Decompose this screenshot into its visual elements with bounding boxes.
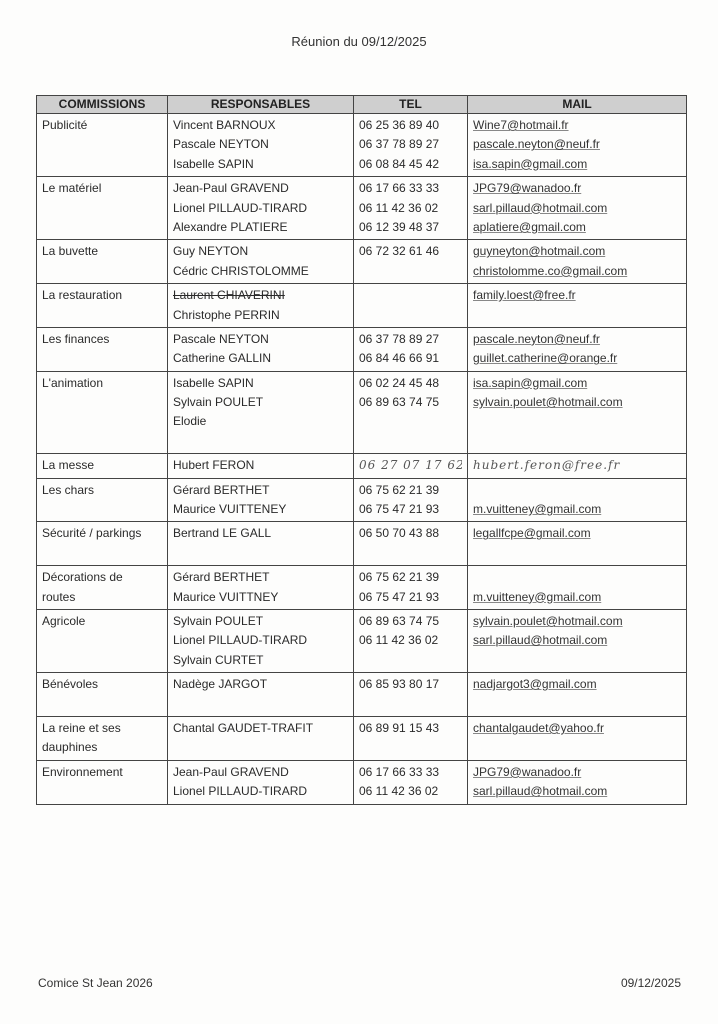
responsable-name: Maurice VUITTENEY bbox=[173, 500, 348, 519]
table-row: Les charsGérard BERTHETMaurice VUITTENEY… bbox=[37, 478, 687, 522]
tel-cell: 06 89 63 74 7506 11 42 36 02 bbox=[354, 609, 468, 672]
column-header-commissions: COMMISSIONS bbox=[37, 96, 168, 114]
commission-cell: Sécurité / parkings bbox=[37, 522, 168, 566]
responsable-name: Christophe PERRIN bbox=[173, 306, 348, 325]
mail-cell: chantalgaudet@yahoo.fr bbox=[468, 716, 687, 760]
commission-name: Les finances bbox=[42, 330, 162, 349]
email-link[interactable]: sarl.pillaud@hotmail.com bbox=[473, 199, 681, 218]
tel-cell: 06 17 66 33 3306 11 42 36 02 bbox=[354, 760, 468, 804]
responsable-name: Bertrand LE GALL bbox=[173, 524, 348, 543]
phone-number: 06 75 47 21 93 bbox=[359, 500, 462, 519]
email-link[interactable]: pascale.neyton@neuf.fr bbox=[473, 135, 681, 154]
phone-number: 06 72 32 61 46 bbox=[359, 242, 462, 261]
phone-number: 06 08 84 45 42 bbox=[359, 155, 462, 174]
phone-number: 06 25 36 89 40 bbox=[359, 116, 462, 135]
responsable-name: Jean-Paul GRAVEND bbox=[173, 763, 348, 782]
mail-cell: guyneyton@hotmail.comchristolomme.co@gma… bbox=[468, 240, 687, 284]
footer-event-name: Comice St Jean 2026 bbox=[38, 976, 153, 990]
commission-name: routes bbox=[42, 588, 162, 607]
table-row: BénévolesNadège JARGOT06 85 93 80 17nadj… bbox=[37, 673, 687, 717]
empty-line bbox=[42, 412, 162, 431]
email-link bbox=[473, 306, 681, 325]
empty-line bbox=[42, 262, 162, 281]
responsables-cell: Sylvain POULETLionel PILLAUD-TIRARDSylva… bbox=[168, 609, 354, 672]
table-row: PublicitéVincent BARNOUXPascale NEYTONIs… bbox=[37, 114, 687, 177]
mail-cell: family.loest@free.fr bbox=[468, 284, 687, 328]
responsables-cell: Jean-Paul GRAVENDLionel PILLAUD-TIRARD bbox=[168, 760, 354, 804]
empty-line bbox=[42, 500, 162, 519]
empty-line bbox=[473, 432, 681, 451]
table-row: Sécurité / parkingsBertrand LE GALL06 50… bbox=[37, 522, 687, 566]
table-row: Les financesPascale NEYTONCatherine GALL… bbox=[37, 327, 687, 371]
mail-cell: pascale.neyton@neuf.frguillet.catherine@… bbox=[468, 327, 687, 371]
column-header-responsables: RESPONSABLES bbox=[168, 96, 354, 114]
tel-cell: 06 85 93 80 17 bbox=[354, 673, 468, 717]
responsable-name: Gérard BERTHET bbox=[173, 568, 348, 587]
commissions-table: COMMISSIONS RESPONSABLES TEL MAIL Public… bbox=[36, 95, 687, 805]
empty-line bbox=[42, 306, 162, 325]
phone-number bbox=[359, 412, 462, 431]
phone-number: 06 75 62 21 39 bbox=[359, 568, 462, 587]
email-link[interactable]: isa.sapin@gmail.com bbox=[473, 155, 681, 174]
table-row: La reine et sesdauphinesChantal GAUDET-T… bbox=[37, 716, 687, 760]
email-link[interactable]: Wine7@hotmail.fr bbox=[473, 116, 681, 135]
responsables-cell: Gérard BERTHETMaurice VUITTENEY bbox=[168, 478, 354, 522]
commission-cell: L'animation bbox=[37, 371, 168, 454]
commission-name: Le matériel bbox=[42, 179, 162, 198]
phone-number: 06 75 47 21 93 bbox=[359, 588, 462, 607]
responsable-name: Nadège JARGOT bbox=[173, 675, 348, 694]
responsable-name: Elodie bbox=[173, 412, 348, 431]
responsables-cell: Pascale NEYTONCatherine GALLIN bbox=[168, 327, 354, 371]
mail-cell: Wine7@hotmail.frpascale.neyton@neuf.fris… bbox=[468, 114, 687, 177]
commission-name: La reine et ses bbox=[42, 719, 162, 738]
responsable-name: Sylvain CURTET bbox=[173, 651, 348, 670]
mail-cell: legallfcpe@gmail.com bbox=[468, 522, 687, 566]
email-link[interactable]: sarl.pillaud@hotmail.com bbox=[473, 782, 681, 801]
email-link[interactable]: sylvain.poulet@hotmail.com bbox=[473, 393, 681, 412]
responsable-name: Cédric CHRISTOLOMME bbox=[173, 262, 348, 281]
commission-name: Bénévoles bbox=[42, 675, 162, 694]
tel-cell: 06 72 32 61 46 bbox=[354, 240, 468, 284]
empty-line bbox=[42, 393, 162, 412]
empty-line bbox=[42, 349, 162, 368]
empty-line bbox=[173, 695, 348, 714]
commission-cell: La buvette bbox=[37, 240, 168, 284]
column-header-mail: MAIL bbox=[468, 96, 687, 114]
responsables-cell: Gérard BERTHETMaurice VUITTNEY bbox=[168, 566, 354, 610]
empty-line bbox=[473, 544, 681, 563]
phone-number: 06 11 42 36 02 bbox=[359, 782, 462, 801]
tel-cell: 06 75 62 21 3906 75 47 21 93 bbox=[354, 478, 468, 522]
empty-line bbox=[42, 544, 162, 563]
empty-line bbox=[173, 544, 348, 563]
email-link bbox=[473, 412, 681, 431]
responsable-name: Pascale NEYTON bbox=[173, 330, 348, 349]
responsables-cell: Guy NEYTONCédric CHRISTOLOMME bbox=[168, 240, 354, 284]
responsable-name: Gérard BERTHET bbox=[173, 481, 348, 500]
responsable-name: Jean-Paul GRAVEND bbox=[173, 179, 348, 198]
commission-cell: Bénévoles bbox=[37, 673, 168, 717]
mail-cell: sylvain.poulet@hotmail.comsarl.pillaud@h… bbox=[468, 609, 687, 672]
empty-line bbox=[42, 782, 162, 801]
responsable-name: Guy NEYTON bbox=[173, 242, 348, 261]
empty-line bbox=[42, 218, 162, 237]
mail-cell: JPG79@wanadoo.frsarl.pillaud@hotmail.com bbox=[468, 760, 687, 804]
email-link[interactable]: JPG79@wanadoo.fr bbox=[473, 763, 681, 782]
commission-name: Publicité bbox=[42, 116, 162, 135]
commission-name: Environnement bbox=[42, 763, 162, 782]
email-link[interactable]: nadjargot3@gmail.com bbox=[473, 675, 681, 694]
phone-number: 06 89 91 15 43 bbox=[359, 719, 462, 738]
phone-number: 06 02 24 45 48 bbox=[359, 374, 462, 393]
commission-name: Sécurité / parkings bbox=[42, 524, 162, 543]
phone-number: 06 37 78 89 27 bbox=[359, 135, 462, 154]
phone-number: 06 89 63 74 75 bbox=[359, 393, 462, 412]
commission-cell: La reine et sesdauphines bbox=[37, 716, 168, 760]
phone-number bbox=[359, 306, 462, 325]
email-link[interactable]: m.vuitteney@gmail.com bbox=[473, 500, 681, 519]
responsable-name: Sylvain POULET bbox=[173, 612, 348, 631]
mail-cell: JPG79@wanadoo.frsarl.pillaud@hotmail.com… bbox=[468, 177, 687, 240]
tel-cell: 06 37 78 89 2706 84 46 66 91 bbox=[354, 327, 468, 371]
phone-number: 06 27 07 17 62 bbox=[359, 456, 462, 475]
table-row: La restaurationLaurent CHIAVERINIChristo… bbox=[37, 284, 687, 328]
responsable-name: Isabelle SAPIN bbox=[173, 155, 348, 174]
tel-cell bbox=[354, 284, 468, 328]
table-row: AgricoleSylvain POULETLionel PILLAUD-TIR… bbox=[37, 609, 687, 672]
responsable-name: Catherine GALLIN bbox=[173, 349, 348, 368]
responsables-cell: Vincent BARNOUXPascale NEYTONIsabelle SA… bbox=[168, 114, 354, 177]
empty-line bbox=[173, 432, 348, 451]
tel-cell: 06 50 70 43 88 bbox=[354, 522, 468, 566]
empty-line bbox=[359, 738, 462, 757]
phone-number: 06 17 66 33 33 bbox=[359, 763, 462, 782]
email-link[interactable]: family.loest@free.fr bbox=[473, 286, 681, 305]
phone-number: 06 17 66 33 33 bbox=[359, 179, 462, 198]
phone-number: 06 11 42 36 02 bbox=[359, 199, 462, 218]
table-row: L'animationIsabelle SAPINSylvain POULETE… bbox=[37, 371, 687, 454]
mail-cell: m.vuitteney@gmail.com bbox=[468, 566, 687, 610]
responsable-name: Hubert FERON bbox=[173, 456, 348, 475]
commission-name: La messe bbox=[42, 456, 162, 475]
email-link[interactable]: guyneyton@hotmail.com bbox=[473, 242, 681, 261]
mail-cell: hubert.feron@free.fr bbox=[468, 454, 687, 478]
empty-line bbox=[42, 695, 162, 714]
email-link[interactable]: pascale.neyton@neuf.fr bbox=[473, 330, 681, 349]
responsable-name: Laurent CHIAVERINI bbox=[173, 286, 348, 305]
empty-line bbox=[359, 695, 462, 714]
phone-number: 06 89 63 74 75 bbox=[359, 612, 462, 631]
commission-cell: La restauration bbox=[37, 284, 168, 328]
commission-name: Décorations de bbox=[42, 568, 162, 587]
empty-line bbox=[42, 631, 162, 650]
mail-cell: isa.sapin@gmail.comsylvain.poulet@hotmai… bbox=[468, 371, 687, 454]
commission-name: Agricole bbox=[42, 612, 162, 631]
mail-cell: nadjargot3@gmail.com bbox=[468, 673, 687, 717]
responsables-cell: Laurent CHIAVERINIChristophe PERRIN bbox=[168, 284, 354, 328]
responsable-name: Chantal GAUDET-TRAFIT bbox=[173, 719, 348, 738]
commission-cell: La messe bbox=[37, 454, 168, 478]
mail-cell: m.vuitteney@gmail.com bbox=[468, 478, 687, 522]
email-link[interactable]: christolomme.co@gmail.com bbox=[473, 262, 681, 281]
responsables-cell: Hubert FERON bbox=[168, 454, 354, 478]
phone-number: 06 85 93 80 17 bbox=[359, 675, 462, 694]
email-link bbox=[473, 568, 681, 587]
tel-cell: 06 89 91 15 43 bbox=[354, 716, 468, 760]
responsable-name: Vincent BARNOUX bbox=[173, 116, 348, 135]
responsable-name: Sylvain POULET bbox=[173, 393, 348, 412]
empty-line bbox=[173, 738, 348, 757]
tel-cell: 06 02 24 45 4806 89 63 74 75 bbox=[354, 371, 468, 454]
footer-date: 09/12/2025 bbox=[621, 976, 681, 990]
column-header-tel: TEL bbox=[354, 96, 468, 114]
email-link[interactable]: aplatiere@gmail.com bbox=[473, 218, 681, 237]
tel-cell: 06 17 66 33 3306 11 42 36 0206 12 39 48 … bbox=[354, 177, 468, 240]
email-link[interactable]: sarl.pillaud@hotmail.com bbox=[473, 631, 681, 650]
table-row: La messeHubert FERON06 27 07 17 62hubert… bbox=[37, 454, 687, 478]
email-link[interactable]: chantalgaudet@yahoo.fr bbox=[473, 719, 681, 738]
tel-cell: 06 75 62 21 3906 75 47 21 93 bbox=[354, 566, 468, 610]
table-header-row: COMMISSIONS RESPONSABLES TEL MAIL bbox=[37, 96, 687, 114]
empty-line bbox=[359, 432, 462, 451]
empty-line bbox=[473, 738, 681, 757]
empty-line bbox=[42, 432, 162, 451]
phone-number: 06 75 62 21 39 bbox=[359, 481, 462, 500]
email-link[interactable]: hubert.feron@free.fr bbox=[473, 456, 681, 475]
commission-cell: Le matériel bbox=[37, 177, 168, 240]
commission-name: La restauration bbox=[42, 286, 162, 305]
responsable-name: Lionel PILLAUD-TIRARD bbox=[173, 782, 348, 801]
email-link[interactable]: m.vuitteney@gmail.com bbox=[473, 588, 681, 607]
responsable-name: Isabelle SAPIN bbox=[173, 374, 348, 393]
commission-name: L'animation bbox=[42, 374, 162, 393]
responsable-name: Maurice VUITTNEY bbox=[173, 588, 348, 607]
email-link[interactable]: isa.sapin@gmail.com bbox=[473, 374, 681, 393]
email-link bbox=[473, 481, 681, 500]
empty-line bbox=[42, 651, 162, 670]
email-link[interactable]: sylvain.poulet@hotmail.com bbox=[473, 612, 681, 631]
email-link[interactable]: JPG79@wanadoo.fr bbox=[473, 179, 681, 198]
phone-number: 06 12 39 48 37 bbox=[359, 218, 462, 237]
phone-number: 06 37 78 89 27 bbox=[359, 330, 462, 349]
commission-cell: Environnement bbox=[37, 760, 168, 804]
responsables-cell: Chantal GAUDET-TRAFIT bbox=[168, 716, 354, 760]
commission-cell: Les chars bbox=[37, 478, 168, 522]
commission-cell: Décorations deroutes bbox=[37, 566, 168, 610]
phone-number: 06 84 46 66 91 bbox=[359, 349, 462, 368]
page-title: Réunion du 09/12/2025 bbox=[0, 34, 718, 49]
phone-number bbox=[359, 651, 462, 670]
commission-name: Les chars bbox=[42, 481, 162, 500]
commission-name: La buvette bbox=[42, 242, 162, 261]
empty-line bbox=[359, 544, 462, 563]
phone-number bbox=[359, 286, 462, 305]
empty-line bbox=[42, 155, 162, 174]
empty-line bbox=[42, 199, 162, 218]
email-link bbox=[473, 651, 681, 670]
commission-name: dauphines bbox=[42, 738, 162, 757]
commission-cell: Publicité bbox=[37, 114, 168, 177]
table-row: Le matérielJean-Paul GRAVENDLionel PILLA… bbox=[37, 177, 687, 240]
table-row: EnvironnementJean-Paul GRAVENDLionel PIL… bbox=[37, 760, 687, 804]
phone-number bbox=[359, 262, 462, 281]
responsable-name: Alexandre PLATIERE bbox=[173, 218, 348, 237]
email-link[interactable]: legallfcpe@gmail.com bbox=[473, 524, 681, 543]
responsables-cell: Bertrand LE GALL bbox=[168, 522, 354, 566]
tel-cell: 06 27 07 17 62 bbox=[354, 454, 468, 478]
responsables-cell: Jean-Paul GRAVENDLionel PILLAUD-TIRARDAl… bbox=[168, 177, 354, 240]
phone-number: 06 11 42 36 02 bbox=[359, 631, 462, 650]
phone-number: 06 50 70 43 88 bbox=[359, 524, 462, 543]
commission-cell: Les finances bbox=[37, 327, 168, 371]
responsables-cell: Isabelle SAPINSylvain POULETElodie bbox=[168, 371, 354, 454]
commission-cell: Agricole bbox=[37, 609, 168, 672]
empty-line bbox=[473, 695, 681, 714]
email-link[interactable]: guillet.catherine@orange.fr bbox=[473, 349, 681, 368]
responsable-name: Lionel PILLAUD-TIRARD bbox=[173, 199, 348, 218]
tel-cell: 06 25 36 89 4006 37 78 89 2706 08 84 45 … bbox=[354, 114, 468, 177]
responsables-cell: Nadège JARGOT bbox=[168, 673, 354, 717]
empty-line bbox=[42, 135, 162, 154]
table-row: La buvetteGuy NEYTONCédric CHRISTOLOMME0… bbox=[37, 240, 687, 284]
responsable-name: Lionel PILLAUD-TIRARD bbox=[173, 631, 348, 650]
table-row: Décorations deroutesGérard BERTHETMauric… bbox=[37, 566, 687, 610]
responsable-name: Pascale NEYTON bbox=[173, 135, 348, 154]
